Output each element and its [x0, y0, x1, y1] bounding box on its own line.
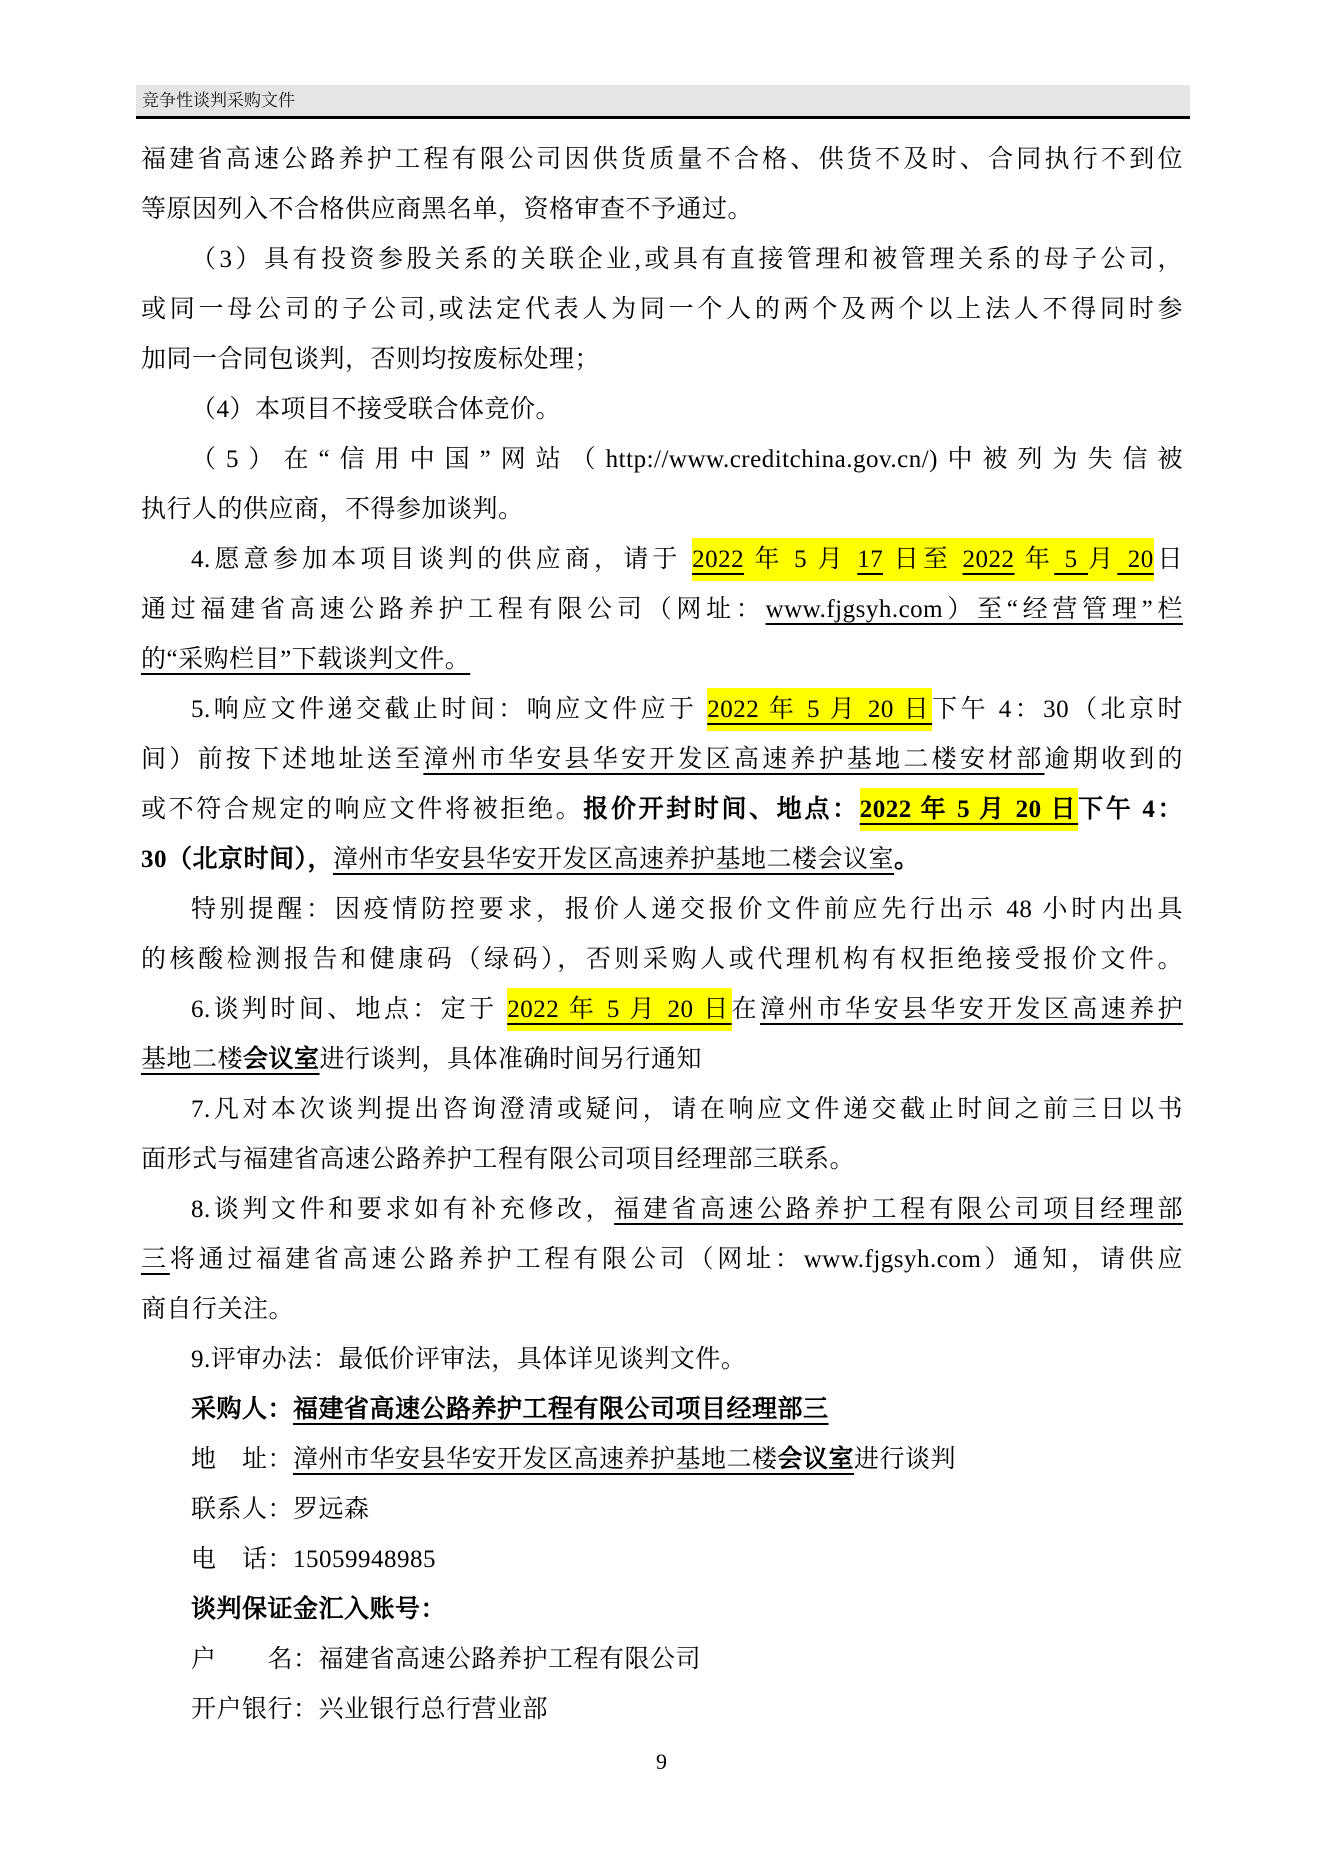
text-line: 采购人：福建省高速公路养护工程有限公司项目经理部三: [141, 1385, 1183, 1435]
text-segment: 户 名：福建省高速公路养护工程有限公司: [191, 1646, 701, 1673]
highlighted-text-segment: 2022 年 5 月 20 日: [860, 788, 1078, 831]
text-segment: 联系人：罗远森: [191, 1496, 370, 1523]
text-segment: 进行谈判: [854, 1446, 956, 1473]
text-segment: 的核酸检测报告和健康码（绿码），否则采购人或代理机构有权拒绝接受报价文件。: [141, 946, 1183, 973]
text-segment: 逾期收到的: [1045, 746, 1183, 773]
text-line: 4.愿意参加本项目谈判的供应商，请于 2022 年 5 月 17 日至 2022…: [141, 535, 1183, 585]
text-line: 或同一母公司的子公司,或法定代表人为同一个人的两个及两个以上法人不得同时参: [141, 285, 1183, 335]
text-segment: 福建省高速公路养护工程有限公司因供货质量不合格、供货不及时、合同执行不到位: [141, 146, 1183, 173]
text-line: 的核酸检测报告和健康码（绿码），否则采购人或代理机构有权拒绝接受报价文件。: [141, 935, 1183, 985]
text-segment: 加同一合同包谈判，否则均按废标处理；: [141, 346, 600, 373]
text-segment: 漳州市华安县华安开发区高速养护: [760, 996, 1183, 1023]
text-segment: 30（北京时间），: [141, 846, 333, 873]
text-segment: www.fjgsyh.com）至“经营管理”栏: [766, 596, 1183, 623]
text-segment: 等原因列入不合格供应商黑名单，资格审查不予通过。: [141, 196, 753, 223]
text-segment: 执行人的供应商，不得参加谈判。: [141, 496, 524, 523]
text-line: 面形式与福建省高速公路养护工程有限公司项目经理部三联系。: [141, 1135, 1183, 1185]
highlighted-text-segment: 日至: [883, 538, 962, 581]
text-segment: 将通过福建省高速公路养护工程有限公司（网址：www.fjgsyh.com）通知，…: [170, 1246, 1183, 1273]
text-line: 联系人：罗远森: [141, 1485, 1183, 1535]
text-segment: 漳州市华安县华安开发区高速养护基地二楼会议室: [333, 846, 894, 873]
text-segment: 电 话：15059948985: [191, 1546, 436, 1573]
highlighted-text-segment: 2022: [692, 538, 744, 581]
text-line: 6.谈判时间、地点：定于 2022 年 5 月 20 日在漳州市华安县华安开发区…: [141, 985, 1183, 1035]
text-segment: 三: [141, 1246, 170, 1273]
text-line: 开户银行：兴业银行总行营业部: [141, 1685, 1183, 1735]
text-segment: 漳州市华安县华安开发区高速养护基地二楼安材部: [423, 746, 1044, 773]
text-line: 特别提醒：因疫情防控要求，报价人递交报价文件前应先行出示 48 小时内出具: [141, 885, 1183, 935]
text-segment: 谈判保证金汇入账号：: [191, 1596, 446, 1623]
text-segment: 下午 4：: [1078, 796, 1183, 823]
text-line: 等原因列入不合格供应商黑名单，资格审查不予通过。: [141, 185, 1183, 235]
text-segment: 下午 4：30（北京时: [932, 696, 1183, 723]
text-segment: 5.响应文件递交截止时间：响应文件应于: [191, 696, 707, 723]
text-line: （4）本项目不接受联合体竞价。: [141, 385, 1183, 435]
text-line: （3）具有投资参股关系的关联企业,或具有直接管理和被管理关系的母子公司，: [141, 235, 1183, 285]
text-segment: 开户银行：兴业银行总行营业部: [191, 1696, 548, 1723]
page-header-title: 竞争性谈判采购文件: [142, 91, 295, 110]
text-segment: （3）具有投资参股关系的关联企业,或具有直接管理和被管理关系的母子公司，: [191, 246, 1183, 273]
text-segment: 8.谈判文件和要求如有补充修改，: [191, 1196, 614, 1223]
text-line: 5.响应文件递交截止时间：响应文件应于 2022 年 5 月 20 日下午 4：…: [141, 685, 1183, 735]
text-segment: 面形式与福建省高速公路养护工程有限公司项目经理部三联系。: [141, 1146, 855, 1173]
text-line: 8.谈判文件和要求如有补充修改，福建省高速公路养护工程有限公司项目经理部: [141, 1185, 1183, 1235]
text-segment: （5）在“信用中国”网站（http://www.creditchina.gov.…: [191, 446, 1183, 473]
text-line: 或不符合规定的响应文件将被拒绝。报价开封时间、地点：2022 年 5 月 20 …: [141, 785, 1183, 835]
text-segment: 的“采购栏目”下载谈判文件。: [141, 646, 470, 673]
text-segment: 间）前按下述地址送至: [141, 746, 423, 773]
page-number: 9: [0, 1749, 1323, 1775]
text-line: 三将通过福建省高速公路养护工程有限公司（网址：www.fjgsyh.com）通知…: [141, 1235, 1183, 1285]
text-segment: 商自行关注。: [141, 1296, 294, 1323]
text-line: 加同一合同包谈判，否则均按废标处理；: [141, 335, 1183, 385]
text-segment: （4）本项目不接受联合体竞价。: [191, 396, 561, 423]
document-page: { "document": { "header": { "title": "竞争…: [0, 0, 1323, 1871]
text-segment: 采购人：: [191, 1396, 293, 1423]
text-line: 谈判保证金汇入账号：: [141, 1585, 1183, 1635]
document-body: 福建省高速公路养护工程有限公司因供货质量不合格、供货不及时、合同执行不到位等原因…: [141, 135, 1183, 1735]
text-line: 间）前按下述地址送至漳州市华安县华安开发区高速养护基地二楼安材部逾期收到的: [141, 735, 1183, 785]
text-segment: 福建省高速公路养护工程有限公司项目经理部: [614, 1196, 1183, 1223]
text-segment: 4.愿意参加本项目谈判的供应商，请于: [191, 546, 692, 573]
highlighted-text-segment: 月: [1088, 538, 1117, 581]
highlighted-text-segment: 2022: [963, 538, 1015, 581]
text-line: 的“采购栏目”下载谈判文件。: [141, 635, 1183, 685]
text-segment: 地 址：: [191, 1446, 293, 1473]
text-segment: 进行谈判，具体准确时间另行通知: [320, 1046, 703, 1073]
text-line: 基地二楼会议室进行谈判，具体准确时间另行通知: [141, 1035, 1183, 1085]
text-line: 执行人的供应商，不得参加谈判。: [141, 485, 1183, 535]
text-line: （5）在“信用中国”网站（http://www.creditchina.gov.…: [141, 435, 1183, 485]
text-segment: 特别提醒：因疫情防控要求，报价人递交报价文件前应先行出示 48 小时内出具: [191, 896, 1183, 923]
page-header-bar: 竞争性谈判采购文件: [136, 85, 1190, 119]
text-line: 地 址：漳州市华安县华安开发区高速养护基地二楼会议室进行谈判: [141, 1435, 1183, 1485]
text-line: 户 名：福建省高速公路养护工程有限公司: [141, 1635, 1183, 1685]
text-segment: 福建省高速公路养护工程有限公司项目经理部三: [293, 1396, 829, 1423]
text-line: 福建省高速公路养护工程有限公司因供货质量不合格、供货不及时、合同执行不到位: [141, 135, 1183, 185]
text-segment: 通过福建省高速公路养护工程有限公司（网址：: [141, 596, 766, 623]
text-segment: 在: [732, 996, 760, 1023]
text-line: 9.评审办法：最低价评审法，具体详见谈判文件。: [141, 1335, 1183, 1385]
text-segment: 会议室: [243, 1046, 320, 1073]
text-line: 商自行关注。: [141, 1285, 1183, 1335]
text-segment: 基地二楼: [141, 1046, 243, 1073]
text-segment: 或同一母公司的子公司,或法定代表人为同一个人的两个及两个以上法人不得同时参: [141, 296, 1183, 323]
text-segment: 6.谈判时间、地点：定于: [191, 996, 507, 1023]
text-segment: 报价开封时间、地点：: [583, 796, 859, 823]
text-line: 电 话：15059948985: [141, 1535, 1183, 1585]
text-segment: 7.凡对本次谈判提出咨询澄清或疑问，请在响应文件递交截止时间之前三日以书: [191, 1096, 1183, 1123]
highlighted-text-segment: 5: [1054, 538, 1088, 581]
highlighted-text-segment: 年 5 月: [744, 538, 857, 581]
text-line: 通过福建省高速公路养护工程有限公司（网址：www.fjgsyh.com）至“经营…: [141, 585, 1183, 635]
text-line: 7.凡对本次谈判提出咨询澄清或疑问，请在响应文件递交截止时间之前三日以书: [141, 1085, 1183, 1135]
highlighted-text-segment: 年: [1015, 538, 1055, 581]
text-segment: 漳州市华安县华安开发区高速养护基地二楼: [293, 1446, 778, 1473]
highlighted-text-segment: 20: [1117, 538, 1153, 581]
text-segment: 会议室: [778, 1446, 855, 1473]
highlighted-text-segment: 2022 年 5 月 20 日: [507, 988, 731, 1031]
text-segment: 日: [1154, 546, 1183, 573]
text-segment: 。: [894, 846, 920, 873]
text-segment: 或不符合规定的响应文件将被拒绝。: [141, 796, 583, 823]
text-line: 30（北京时间），漳州市华安县华安开发区高速养护基地二楼会议室。: [141, 835, 1183, 885]
text-segment: 9.评审办法：最低价评审法，具体详见谈判文件。: [191, 1346, 746, 1373]
highlighted-text-segment: 17: [857, 538, 883, 581]
highlighted-text-segment: 2022 年 5 月 20 日: [707, 688, 932, 731]
